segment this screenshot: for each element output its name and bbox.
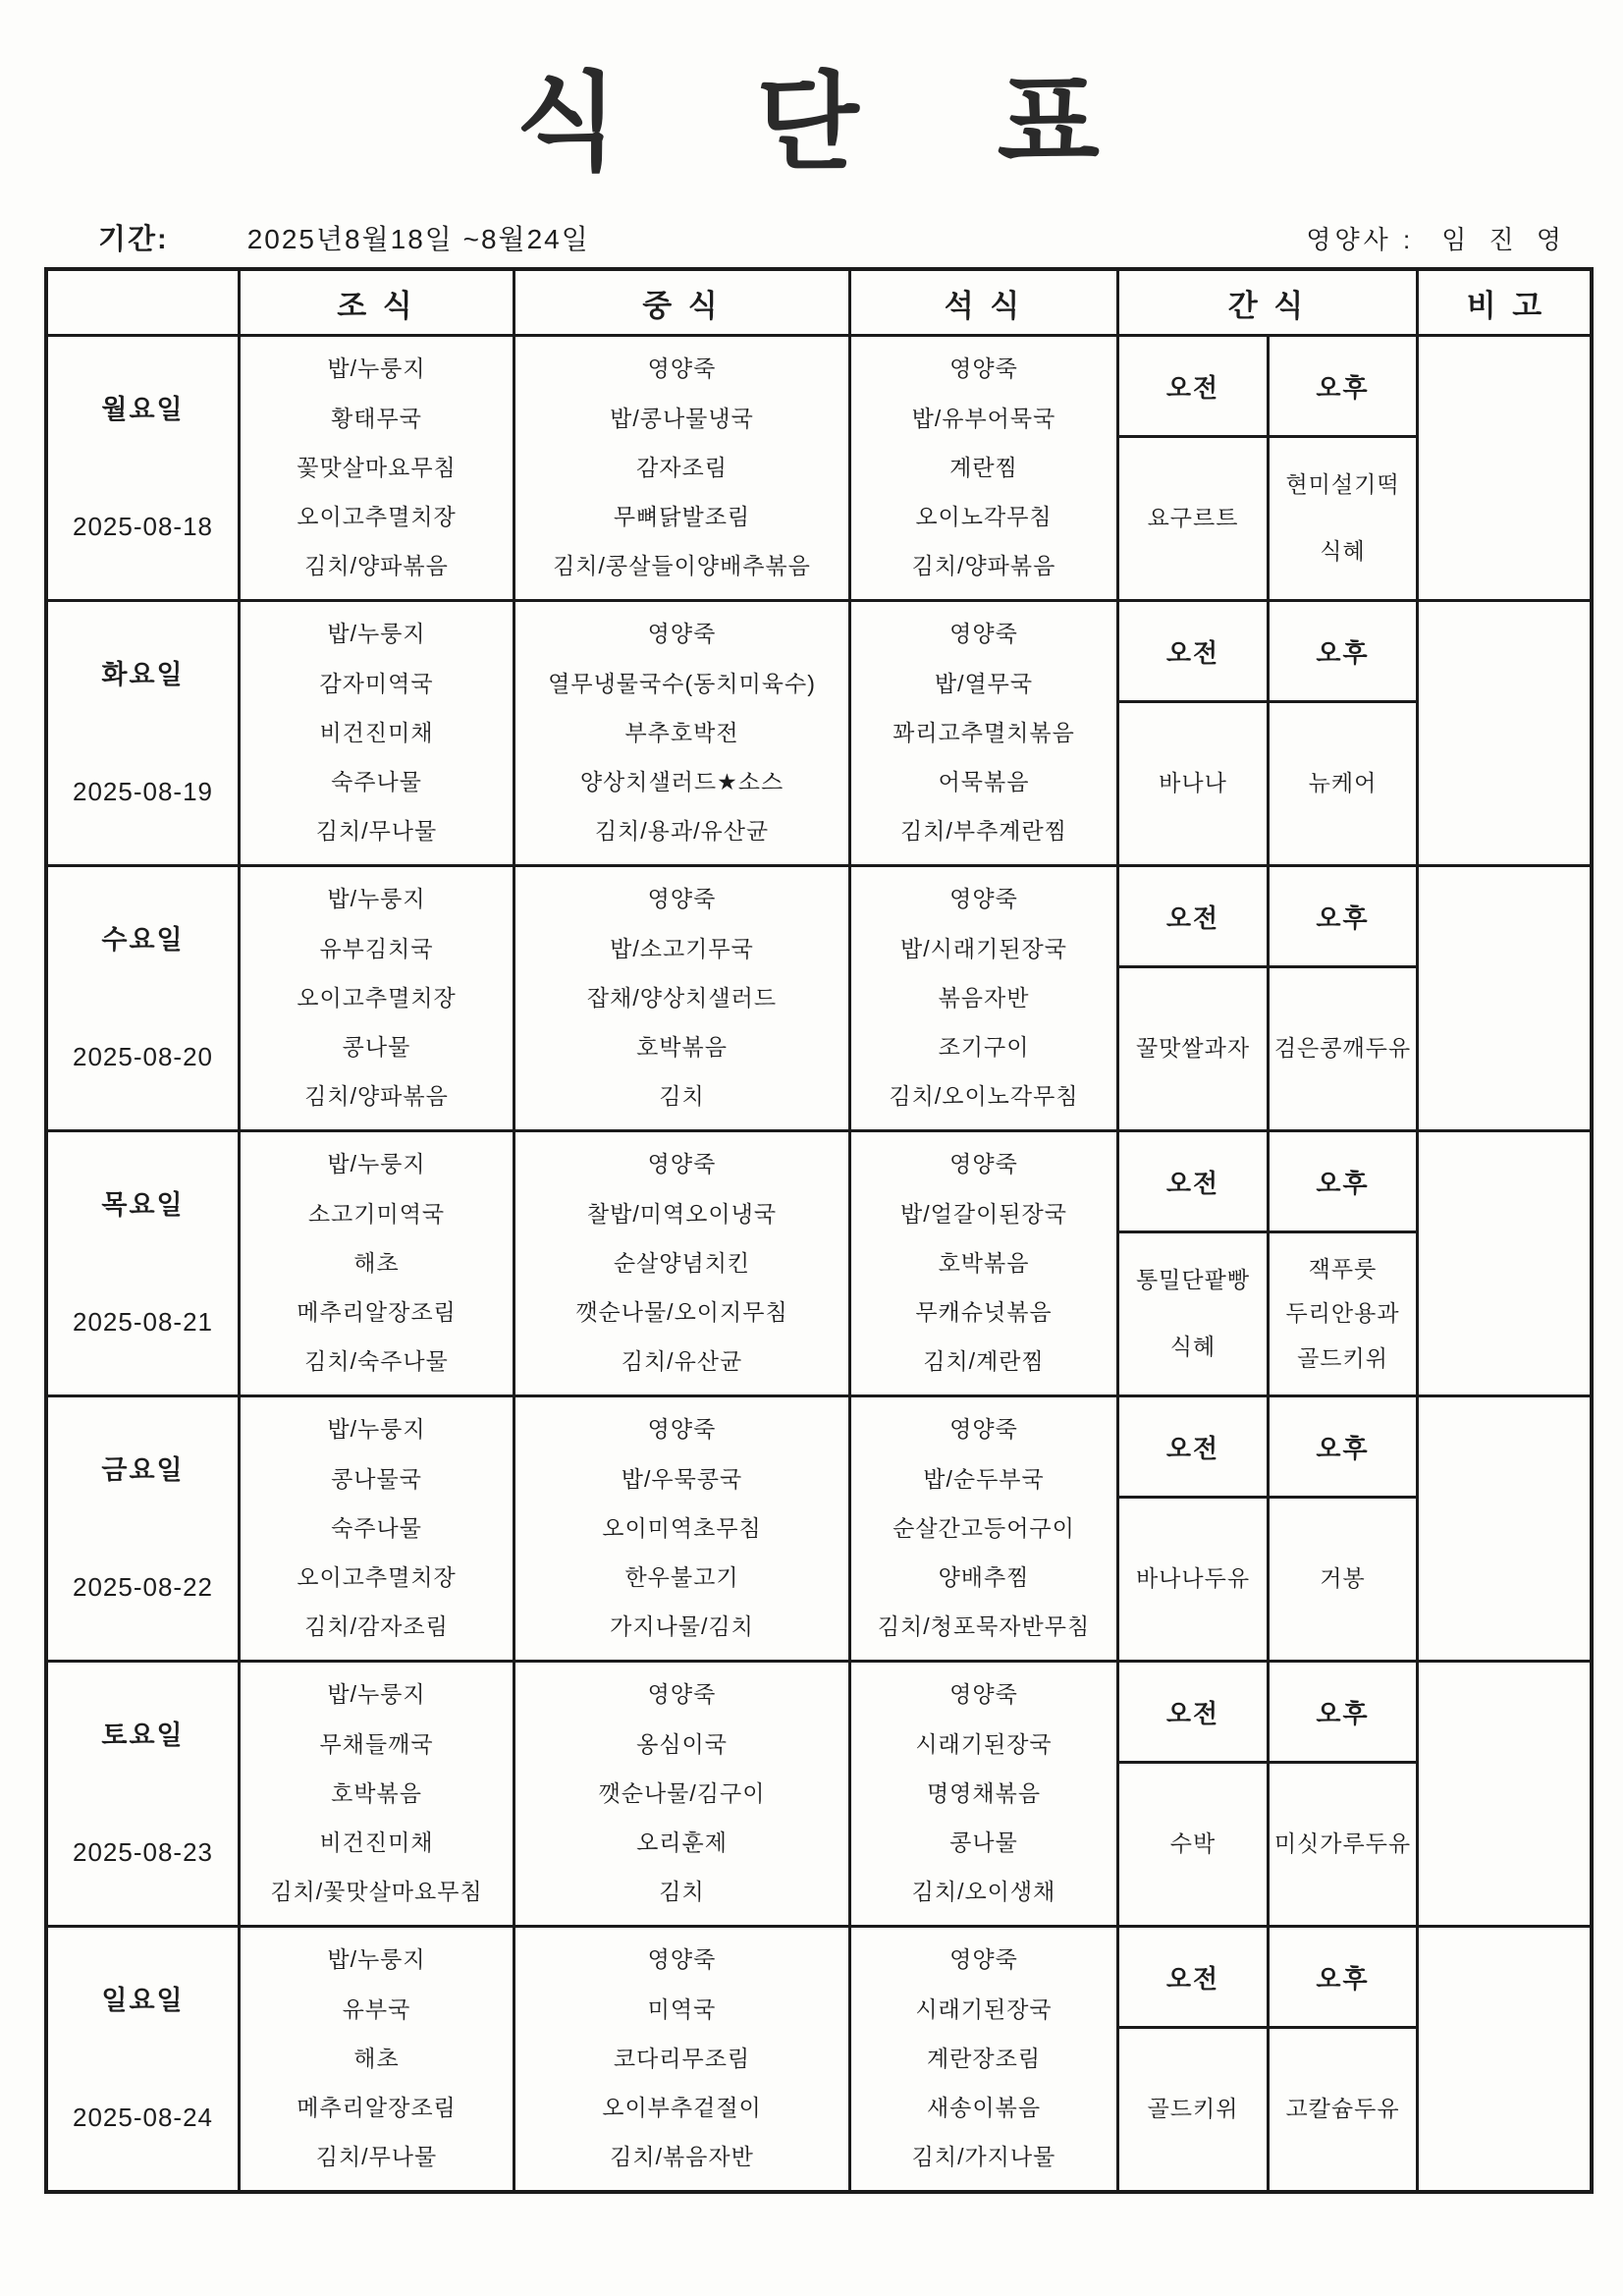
snack-cell: 오전 오후 바나나두유 거봉	[1116, 1397, 1416, 1660]
snack-pm-values: 잭푸룻두리안용과골드키위	[1267, 1230, 1416, 1394]
menu-item: 순살양념치킨	[614, 1251, 750, 1276]
menu-item: 영양죽	[648, 887, 717, 911]
menu-item: 꿀맛쌀과자	[1136, 1036, 1250, 1061]
menu-item: 황태무국	[331, 407, 422, 431]
menu-item: 잡채/양상치샐러드	[587, 986, 777, 1011]
menu-item: 김치/양파볶음	[912, 554, 1056, 578]
dinner-cell: 영양죽시래기된장국명영채볶음콩나물김치/오이생채	[848, 1663, 1116, 1925]
dinner-cell: 영양죽시래기된장국계란장조림새송이볶음김치/가지나물	[848, 1928, 1116, 2190]
dinner-cell: 영양죽밥/얼갈이된장국호박볶음무캐슈넛볶음김치/계란찜	[848, 1132, 1116, 1394]
dinner-cell: 영양죽밥/순두부국순살간고등어구이양배추찜김치/청포묵자반무침	[848, 1397, 1116, 1660]
note-cell	[1416, 867, 1594, 1129]
menu-item: 무캐슈넛볶음	[915, 1300, 1052, 1325]
menu-item: 밥/순두부국	[923, 1467, 1044, 1492]
day-name: 목요일	[101, 1183, 184, 1222]
day-date: 2025-08-19	[73, 777, 213, 807]
menu-item: 비건진미채	[319, 1831, 433, 1855]
menu-item: 바나나두유	[1136, 1566, 1250, 1591]
day-cell: 토요일 2025-08-23	[48, 1663, 238, 1925]
note-cell	[1416, 1397, 1594, 1660]
menu-item: 영양죽	[648, 1682, 717, 1707]
menu-item: 김치/오이노각무침	[889, 1084, 1078, 1109]
menu-item: 김치/양파볶음	[304, 554, 449, 578]
menu-item: 계란장조림	[927, 2047, 1041, 2071]
menu-item: 밥/누룽지	[327, 1417, 425, 1442]
menu-item: 김치/무나물	[316, 819, 437, 844]
menu-item: 식혜	[1170, 1335, 1216, 1359]
menu-item: 무뼈닭발조림	[614, 505, 750, 529]
menu-item: 순살간고등어구이	[893, 1516, 1075, 1541]
menu-item: 김치/볶음자반	[610, 2145, 754, 2169]
menu-item: 유부국	[343, 1997, 411, 2022]
dietitian-label: 영양사 :	[1306, 220, 1414, 256]
day-date: 2025-08-18	[73, 512, 213, 542]
day-cell: 월요일 2025-08-18	[48, 337, 238, 599]
menu-item: 밥/소고기무국	[610, 937, 754, 961]
snack-am-header: 오전	[1119, 602, 1267, 700]
menu-item: 영양죽	[949, 887, 1018, 911]
snack-pm-values: 현미설기떡식혜	[1267, 435, 1416, 599]
snack-am-values: 수박	[1119, 1761, 1267, 1925]
menu-item: 영양죽	[949, 1682, 1018, 1707]
menu-item: 영양죽	[648, 622, 717, 646]
day-row: 일요일 2025-08-24 밥/누룽지유부국해초메추리알장조림김치/무나물 영…	[48, 1925, 1590, 2190]
menu-item: 영양죽	[648, 1417, 717, 1442]
menu-item: 미역국	[648, 1997, 717, 2022]
menu-item: 골드키위	[1297, 1346, 1388, 1371]
menu-item: 메추리알장조림	[297, 1300, 457, 1325]
note-cell	[1416, 337, 1594, 599]
menu-item: 오이고추멸치장	[297, 986, 457, 1011]
menu-item: 깻순나물/오이지무침	[575, 1300, 787, 1325]
day-name: 일요일	[101, 1979, 184, 2017]
menu-item: 양배추찜	[939, 1565, 1030, 1590]
menu-item: 무채들깨국	[319, 1732, 433, 1757]
day-date: 2025-08-22	[73, 1572, 213, 1603]
breakfast-cell: 밥/누룽지황태무국꽃맛살마요무침오이고추멸치장김치/양파볶음	[238, 337, 513, 599]
menu-item: 시래기된장국	[915, 1732, 1052, 1757]
snack-pm-values: 고칼슘두유	[1267, 2026, 1416, 2190]
col-header-day	[48, 271, 238, 334]
day-name: 금요일	[101, 1449, 184, 1487]
day-date: 2025-08-21	[73, 1307, 213, 1338]
menu-item: 숙주나물	[331, 770, 422, 794]
day-cell: 화요일 2025-08-19	[48, 602, 238, 864]
dinner-cell: 영양죽밥/열무국꽈리고추멸치볶음어묵볶음김치/부추계란찜	[848, 602, 1116, 864]
menu-item: 밥/콩나물냉국	[610, 407, 754, 431]
snack-cell: 오전 오후 통밀단팥빵식혜 잭푸룻두리안용과골드키위	[1116, 1132, 1416, 1394]
snack-pm-header: 오후	[1267, 1397, 1416, 1496]
snack-cell: 오전 오후 바나나 뉴케어	[1116, 602, 1416, 864]
menu-item: 두리안용과	[1285, 1301, 1399, 1326]
menu-item: 밥/누룽지	[327, 1947, 425, 1972]
menu-item: 밥/누룽지	[327, 622, 425, 646]
menu-item: 김치/콩살들이양배추볶음	[553, 554, 811, 578]
snack-am-values: 골드키위	[1119, 2026, 1267, 2190]
lunch-cell: 영양죽미역국코다리무조림오이부추겉절이김치/볶음자반	[513, 1928, 848, 2190]
lunch-cell: 영양죽밥/소고기무국잡채/양상치샐러드호박볶음김치	[513, 867, 848, 1129]
page-title: 식 단 표	[0, 0, 1623, 190]
snack-am-header: 오전	[1119, 867, 1267, 965]
menu-item: 김치/꽃맛살마요무침	[270, 1880, 482, 1904]
menu-item: 코다리무조림	[614, 2047, 750, 2071]
breakfast-cell: 밥/누룽지유부국해초메추리알장조림김치/무나물	[238, 1928, 513, 2190]
menu-item: 통밀단팥빵	[1136, 1268, 1250, 1292]
note-cell	[1416, 1928, 1594, 2190]
snack-pm-header: 오후	[1267, 1663, 1416, 1761]
menu-item: 요구르트	[1148, 506, 1239, 530]
menu-item: 호박볶음	[939, 1251, 1030, 1276]
day-row: 수요일 2025-08-20 밥/누룽지유부김치국오이고추멸치장콩나물김치/양파…	[48, 864, 1590, 1129]
menu-item: 해초	[353, 2047, 399, 2071]
table-body: 월요일 2025-08-18 밥/누룽지황태무국꽃맛살마요무침오이고추멸치장김치…	[48, 334, 1590, 2190]
lunch-cell: 영양죽밥/우묵콩국오이미역초무침한우불고기가지나물/김치	[513, 1397, 848, 1660]
snack-cell: 오전 오후 수박 미싯가루두유	[1116, 1663, 1416, 1925]
menu-item: 오이노각무침	[915, 505, 1052, 529]
menu-item: 김치/계란찜	[923, 1349, 1044, 1374]
day-row: 화요일 2025-08-19 밥/누룽지감자미역국비건진미채숙주나물김치/무나물…	[48, 599, 1590, 864]
menu-item: 계란찜	[949, 456, 1018, 480]
breakfast-cell: 밥/누룽지무채들깨국호박볶음비건진미채김치/꽃맛살마요무침	[238, 1663, 513, 1925]
snack-am-header: 오전	[1119, 337, 1267, 435]
day-cell: 금요일 2025-08-22	[48, 1397, 238, 1660]
menu-item: 김치/청포묵자반무침	[878, 1614, 1090, 1639]
menu-item: 김치/가지나물	[912, 2145, 1056, 2169]
menu-item: 밥/얼갈이된장국	[900, 1202, 1067, 1227]
menu-item: 열무냉물국수(동치미육수)	[548, 672, 816, 696]
menu-item: 비건진미채	[319, 721, 433, 745]
breakfast-cell: 밥/누룽지감자미역국비건진미채숙주나물김치/무나물	[238, 602, 513, 864]
menu-item: 김치/양파볶음	[304, 1084, 449, 1109]
menu-item: 영양죽	[949, 356, 1018, 381]
day-row: 토요일 2025-08-23 밥/누룽지무채들깨국호박볶음비건진미채김치/꽃맛살…	[48, 1660, 1590, 1925]
note-cell	[1416, 602, 1594, 864]
snack-am-values: 꿀맛쌀과자	[1119, 965, 1267, 1129]
menu-item: 김치	[659, 1880, 704, 1904]
menu-item: 가지나물/김치	[610, 1614, 754, 1639]
col-header-dinner: 석 식	[848, 271, 1116, 334]
snack-am-values: 바나나	[1119, 700, 1267, 864]
period-value: 2025년8월18일 ~8월24일	[247, 218, 590, 257]
period-label: 기간:	[98, 217, 169, 257]
snack-am-values: 바나나두유	[1119, 1496, 1267, 1660]
menu-item: 꽃맛살마요무침	[297, 456, 457, 480]
snack-am-values: 통밀단팥빵식혜	[1119, 1230, 1267, 1394]
menu-item: 찰밥/미역오이냉국	[587, 1202, 777, 1227]
menu-item: 잭푸룻	[1309, 1257, 1378, 1282]
menu-item: 꽈리고추멸치볶음	[893, 721, 1075, 745]
menu-item: 영양죽	[949, 622, 1018, 646]
menu-item: 한우불고기	[624, 1565, 738, 1590]
day-row: 목요일 2025-08-21 밥/누룽지소고기미역국해초메추리알장조림김치/숙주…	[48, 1129, 1590, 1394]
menu-item: 호박볶음	[636, 1035, 728, 1060]
menu-item: 영양죽	[648, 1152, 717, 1176]
menu-item: 깻순나물/김구이	[599, 1781, 766, 1806]
lunch-cell: 영양죽열무냉물국수(동치미육수)부추호박전양상치샐러드★소스김치/용과/유산균	[513, 602, 848, 864]
menu-item: 밥/누룽지	[327, 887, 425, 911]
menu-item: 오이부추겉절이	[602, 2096, 762, 2120]
col-header-note: 비 고	[1416, 271, 1594, 334]
menu-item: 호박볶음	[331, 1781, 422, 1806]
menu-item: 조기구이	[939, 1035, 1030, 1060]
menu-item: 김치/유산균	[622, 1349, 742, 1374]
menu-item: 양상치샐러드★소스	[580, 770, 784, 794]
menu-item: 김치/용과/유산균	[595, 819, 769, 844]
day-cell: 목요일 2025-08-21	[48, 1132, 238, 1394]
note-cell	[1416, 1663, 1594, 1925]
menu-item: 부추호박전	[624, 721, 738, 745]
menu-item: 해초	[353, 1251, 399, 1276]
menu-item: 거봉	[1320, 1566, 1365, 1591]
menu-item: 밥/누룽지	[327, 1152, 425, 1176]
day-name: 월요일	[101, 388, 184, 426]
menu-item: 김치/무나물	[316, 2145, 437, 2169]
menu-item: 콩나물	[949, 1831, 1018, 1855]
dietitian-name: 임 진 영	[1441, 220, 1569, 256]
menu-item: 김치/부추계란찜	[900, 819, 1067, 844]
menu-item: 영양죽	[648, 356, 717, 381]
day-name: 수요일	[101, 918, 184, 957]
menu-item: 밥/누룽지	[327, 356, 425, 381]
snack-pm-header: 오후	[1267, 602, 1416, 700]
menu-item: 명영채볶음	[927, 1781, 1041, 1806]
snack-am-values: 요구르트	[1119, 435, 1267, 599]
dinner-cell: 영양죽밥/시래기된장국볶음자반조기구이김치/오이노각무침	[848, 867, 1116, 1129]
menu-table: 조 식 중 식 석 식 간 식 비 고 월요일 2025-08-18 밥/누룽지…	[44, 267, 1594, 2194]
breakfast-cell: 밥/누룽지콩나물국숙주나물오이고추멸치장김치/감자조림	[238, 1397, 513, 1660]
header-row: 조 식 중 식 석 식 간 식 비 고	[48, 271, 1590, 334]
menu-item: 바나나	[1159, 771, 1227, 795]
day-date: 2025-08-23	[73, 1837, 213, 1868]
col-header-snack: 간 식	[1116, 271, 1416, 334]
menu-item: 미싯가루두유	[1274, 1831, 1411, 1856]
snack-pm-header: 오후	[1267, 1132, 1416, 1230]
snack-pm-header: 오후	[1267, 1928, 1416, 2026]
menu-item: 밥/시래기된장국	[900, 937, 1067, 961]
menu-item: 볶음자반	[939, 986, 1030, 1011]
snack-am-header: 오전	[1119, 1397, 1267, 1496]
menu-item: 어묵볶음	[939, 770, 1030, 794]
menu-item: 김치/오이생채	[912, 1880, 1056, 1904]
snack-pm-values: 거봉	[1267, 1496, 1416, 1660]
menu-item: 밥/우묵콩국	[622, 1467, 742, 1492]
snack-cell: 오전 오후 골드키위 고칼슘두유	[1116, 1928, 1416, 2190]
snack-am-header: 오전	[1119, 1663, 1267, 1761]
menu-item: 고칼슘두유	[1285, 2097, 1399, 2121]
menu-item: 뉴케어	[1309, 771, 1378, 795]
menu-item: 오이미역초무침	[602, 1516, 762, 1541]
menu-item: 숙주나물	[331, 1516, 422, 1541]
snack-cell: 오전 오후 요구르트 현미설기떡식혜	[1116, 337, 1416, 599]
menu-item: 영양죽	[949, 1947, 1018, 1972]
day-date: 2025-08-24	[73, 2103, 213, 2133]
menu-item: 밥/유부어묵국	[912, 407, 1056, 431]
day-row: 금요일 2025-08-22 밥/누룽지콩나물국숙주나물오이고추멸치장김치/감자…	[48, 1394, 1590, 1660]
day-cell: 일요일 2025-08-24	[48, 1928, 238, 2190]
day-row: 월요일 2025-08-18 밥/누룽지황태무국꽃맛살마요무침오이고추멸치장김치…	[48, 334, 1590, 599]
menu-item: 오이고추멸치장	[297, 505, 457, 529]
menu-item: 감자미역국	[319, 672, 433, 696]
menu-item: 감자조림	[636, 456, 728, 480]
menu-item: 시래기된장국	[915, 1997, 1052, 2022]
snack-pm-header: 오후	[1267, 337, 1416, 435]
col-header-lunch: 중 식	[513, 271, 848, 334]
menu-item: 영양죽	[648, 1947, 717, 1972]
snack-pm-values: 검은콩깨두유	[1267, 965, 1416, 1129]
menu-item: 콩나물	[343, 1035, 411, 1060]
menu-item: 식혜	[1320, 539, 1365, 564]
menu-item: 밥/누룽지	[327, 1682, 425, 1707]
snack-pm-values: 뉴케어	[1267, 700, 1416, 864]
lunch-cell: 영양죽찰밥/미역오이냉국순살양념치킨깻순나물/오이지무침김치/유산균	[513, 1132, 848, 1394]
menu-item: 영양죽	[949, 1417, 1018, 1442]
meal-plan-page: 식 단 표 기간: 2025년8월18일 ~8월24일 영양사 : 임 진 영 …	[0, 0, 1623, 2296]
menu-item: 콩나물국	[331, 1467, 422, 1492]
menu-item: 골드키위	[1148, 2097, 1239, 2121]
breakfast-cell: 밥/누룽지유부김치국오이고추멸치장콩나물김치/양파볶음	[238, 867, 513, 1129]
menu-item: 밥/열무국	[935, 672, 1033, 696]
snack-am-header: 오전	[1119, 1928, 1267, 2026]
menu-item: 소고기미역국	[308, 1202, 445, 1227]
day-cell: 수요일 2025-08-20	[48, 867, 238, 1129]
menu-item: 김치/감자조림	[304, 1614, 449, 1639]
snack-am-header: 오전	[1119, 1132, 1267, 1230]
note-cell	[1416, 1132, 1594, 1394]
menu-item: 현미설기떡	[1285, 472, 1399, 497]
menu-item: 수박	[1170, 1831, 1216, 1856]
lunch-cell: 영양죽밥/콩나물냉국감자조림무뼈닭발조림김치/콩살들이양배추볶음	[513, 337, 848, 599]
menu-item: 영양죽	[949, 1152, 1018, 1176]
menu-item: 김치	[659, 1084, 704, 1109]
day-date: 2025-08-20	[73, 1042, 213, 1072]
menu-item: 새송이볶음	[927, 2096, 1041, 2120]
day-name: 화요일	[101, 653, 184, 691]
snack-pm-header: 오후	[1267, 867, 1416, 965]
meta-row: 기간: 2025년8월18일 ~8월24일 영양사 : 임 진 영	[44, 217, 1579, 257]
menu-item: 김치/숙주나물	[304, 1349, 449, 1374]
dinner-cell: 영양죽밥/유부어묵국계란찜오이노각무침김치/양파볶음	[848, 337, 1116, 599]
menu-item: 옹심이국	[636, 1732, 728, 1757]
menu-item: 유부김치국	[319, 937, 433, 961]
snack-pm-values: 미싯가루두유	[1267, 1761, 1416, 1925]
lunch-cell: 영양죽옹심이국깻순나물/김구이오리훈제김치	[513, 1663, 848, 1925]
menu-item: 오리훈제	[636, 1831, 728, 1855]
col-header-breakfast: 조 식	[238, 271, 513, 334]
menu-item: 검은콩깨두유	[1274, 1036, 1411, 1061]
snack-cell: 오전 오후 꿀맛쌀과자 검은콩깨두유	[1116, 867, 1416, 1129]
menu-item: 메추리알장조림	[297, 2096, 457, 2120]
day-name: 토요일	[101, 1714, 184, 1752]
breakfast-cell: 밥/누룽지소고기미역국해초메추리알장조림김치/숙주나물	[238, 1132, 513, 1394]
menu-item: 오이고추멸치장	[297, 1565, 457, 1590]
